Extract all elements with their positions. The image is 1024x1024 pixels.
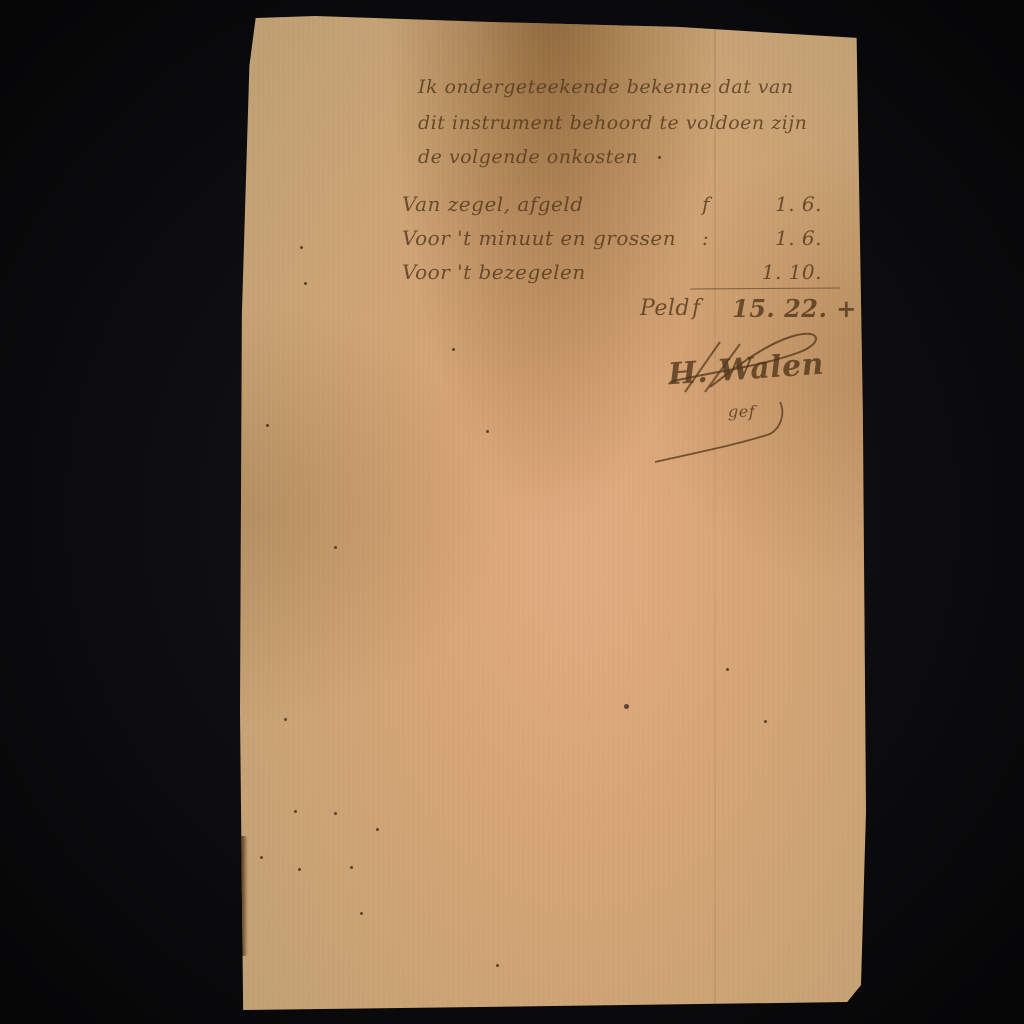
intro-line-3: de volgende onkosten [418,146,638,168]
ink-spot [496,964,499,967]
intro-line-1: Ik ondergeteekende bekenne dat van [418,76,794,98]
ink-spot [350,866,353,869]
item-amount-2: 1. 6. [732,226,822,250]
ink-spot [486,430,489,433]
ink-spot [452,348,455,351]
item-amount-1: 1. 6. [732,192,822,216]
ink-spot [360,912,363,915]
ink-spot [298,868,301,871]
ink-spot [304,282,307,285]
item-label-1: Van zegel, afgeld [402,192,584,216]
item-amount-3: 1. 10. [732,260,822,284]
ink-spot [334,546,337,549]
signature-block: H. Walen gef [650,312,850,472]
item-label-3: Voor 't bezegelen [402,260,586,284]
item-label-2: Voor 't minuut en grossen [402,226,676,250]
ink-spot [266,424,269,427]
total-underline [690,287,840,289]
ink-spot [376,828,379,831]
torn-binding-edge [234,836,248,956]
ink-spot [284,718,287,721]
intro-line-2: dit instrument behoord te voldoen zijn [418,112,807,134]
ink-spot [294,810,297,813]
signature-flourish-icon [650,312,850,472]
item-currency-1: f [702,192,710,216]
ink-spot [300,246,303,249]
photo-backdrop: Ik ondergeteekende bekenne dat van dit i… [0,0,1024,1024]
ink-spot [334,812,337,815]
signature-suffix: gef [728,402,755,421]
ink-spot [658,156,661,159]
paper-fold-crease [714,16,716,1010]
ink-spot [624,704,629,709]
item-currency-2: : [702,226,709,250]
ink-spot [764,720,767,723]
ink-spot [726,668,729,671]
paper-sheet: Ik ondergeteekende bekenne dat van dit i… [240,16,866,1010]
ink-spot [260,856,263,859]
